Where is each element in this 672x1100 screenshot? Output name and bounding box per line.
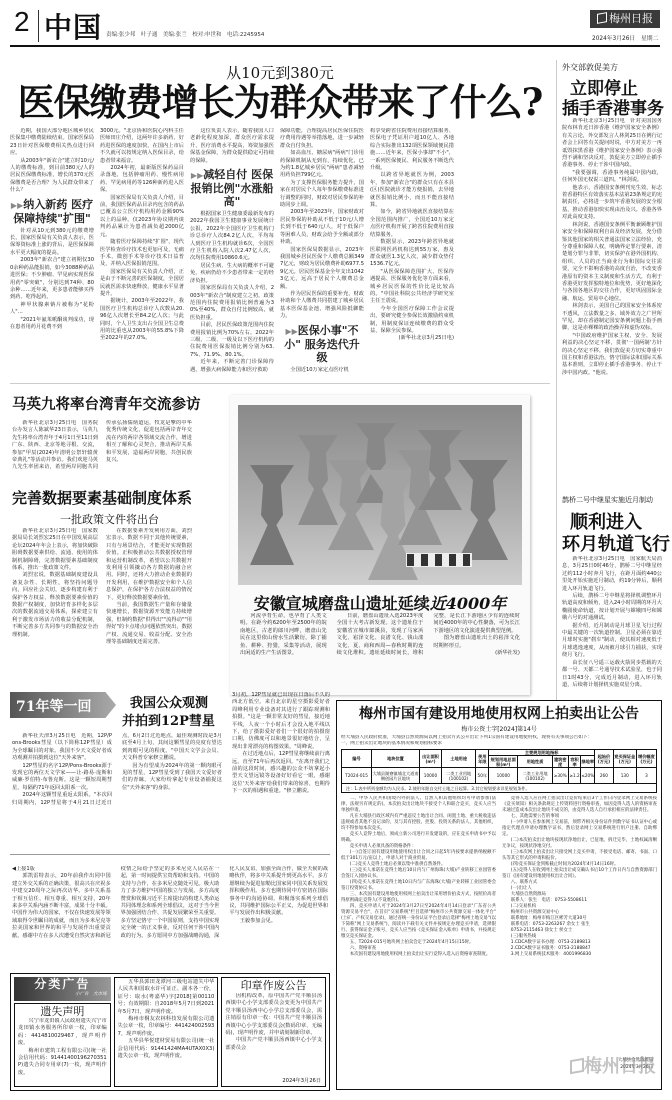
th-use: 土地用途	[441, 750, 475, 768]
lead-column-4: 保障功能，合理提高居民医保住院医疗费用待遇等举措落地，进一步减轻群众自付负担。 …	[280, 128, 364, 378]
lead-column-2: 3000元。"北京协和医院心内科主任医师田庄介绍，这两年许多新药、好药进医保的速…	[100, 128, 184, 378]
paragraph: 兴宁市龙田镇人民政府遗失兴宁市龙田镇水务服务所印章一枚，印章编码：4414810…	[18, 1018, 107, 1048]
paragraph: 图为磨盘山遗址出土的崧泽文化时期杯形豆。	[433, 635, 520, 650]
th-plan-area: 规划用地总面积(m²)	[489, 756, 518, 768]
paragraph: 从2003年"新农合"建立时10元/人的缴费标准，到目前380元/人的居民医保缴…	[10, 158, 94, 195]
paragraph: 由长征八号遥三运载火箭同步搭载的天都一号、天都二号通导技术试验星，也于同日1时4…	[562, 660, 662, 690]
scale-bar	[406, 553, 472, 567]
paragraph: 国家医保局有关负责人介绍，正是由于不断完善的医保制度，全国居民就医需求快速释放，…	[100, 269, 184, 299]
auction-title: 梅州市国有建设用地使用权网上拍卖出让公告	[341, 703, 657, 723]
paragraph: 四、竞买申请人可于2024年3月27日至2024年4月14日登录"广东省公共资源…	[341, 904, 496, 940]
pottery-photo	[238, 405, 522, 585]
paragraph: 以跨省异地就医为例，2003年，参加"新农合"的群众只有在本县(区)医院就诊才能…	[370, 172, 454, 209]
paragraph: (一)申请人在参加网上交易前，须带齐相关身份证件到数字证书认证中心或指定代理点申…	[502, 820, 657, 838]
comet-headline-1: 我国公众观测	[130, 692, 208, 711]
data-body: 新华社北京3月25日电 国家数据局局长刘烈宏25日在中国发展高层论坛2024年年…	[12, 528, 192, 680]
paragraph: 五华县华悦建材贸易有限公司(统一社会信用代码：91441424MA4UTAX0X…	[118, 1038, 215, 1060]
paragraph: 新华社北京3月25日电 国家数据局局长刘烈宏25日在中国发展高层论坛2024年年…	[12, 528, 98, 572]
section-rule	[10, 854, 330, 855]
auction-text-left: 二、中华人民共和国境内外的法人、自然人和其他组织均可申请参加(法律、法规另有规定…	[341, 796, 496, 1072]
paragraph: 3000元。"北京协和医院心内科主任医师田庄介绍，这两年许多新药、好药进医保的速…	[100, 128, 184, 165]
paragraph: 国家医保局有关负责人介绍，2003年"新农合"制度建立之初，政策范围内住院费用报…	[190, 285, 274, 322]
paragraph: 数据显示，2023年跨省异地就医联网医药机构达到55万家，惠及群众就医1.3亿人…	[370, 239, 454, 269]
paragraph: 根据国家卫生健康委最新发布的2022年我国卫生健康事业发展统计公报，2022年全…	[190, 211, 274, 263]
paragraph: 梅州市桐友农林科技发展有限公司遗失公章一枚，印章编号：4414240025937…	[118, 1016, 215, 1038]
paragraph: 新华社北京3月25日电 国务院台办发言人陈斌华23日表示，马英九先生将率台湾青年…	[12, 420, 192, 472]
pottery-vessel	[328, 460, 374, 550]
paragraph: "中国政府维护国家主权、安全、发展利益的决心坚定不移，贯彻'一国两制'方针的决心…	[562, 333, 662, 377]
paragraph: 据介绍，近月制动是月球卫星飞行过程中最关键的一次轨道控制。卫星必须在靠近月球时实…	[562, 623, 662, 660]
paragraph: 近期，我国大部分地区城乡居民医保集中缴费陆续结束。国家医保局23日针对医保缴费相…	[10, 128, 94, 158]
th-nature: 用地性质	[518, 756, 552, 768]
comet-headline-2: 并拍到12P彗星	[122, 710, 215, 729]
paragraph: 12P彗星的名字12P/Pons-Brooks源于发现它的两位天文学家——让-路…	[12, 763, 112, 793]
comet-badge: 71年等一回	[10, 692, 116, 718]
classified-col-3: 印章作废公告 因机构改革，原中国共产党丰顺县汤西镇中心小学支部委员会变更为中国共…	[221, 977, 326, 1087]
paragraph: 为了支撑医保服务能力提升，国家在对居民个人每年参保缴费标准进行调整的同时，财政对…	[280, 180, 364, 210]
subhead-new-drugs: ▶▶纳入新药 医疗保障持续"扩围"	[10, 198, 94, 225]
paragraph: (五)竞得人在收到网上拍卖出让成交确认书后10个工作日内与自然资源部门签订《国有…	[502, 868, 657, 880]
paragraph: 中国共产党丰顺县汤西镇中心小学支部委员会	[225, 1037, 322, 1052]
paragraph: 3.网上交易系统技术服务：4001996830	[502, 952, 657, 958]
paragraph: 因机构改革，原中国共产党丰顺县汤西镇中心小学支部委员会变更为中国共产党丰顺县汤西…	[225, 993, 322, 1037]
paragraph: 如高血压、糖尿病"两病"门诊用药保障机制从无到有，持续优化，已为约1.8亿城乡居…	[280, 150, 364, 180]
paragraph: 据统计，2003年至2022年，我国医疗卫生机构总诊疗人次数从20.96亿人次增…	[100, 298, 184, 342]
paragraph: 构享受跨省住院费用直接结算服务、医保电子凭证用户超10亿人、各地综合实际推出13…	[370, 128, 454, 172]
section-rule	[10, 383, 550, 384]
cell: ≤20%	[581, 768, 595, 784]
pottery-vessel	[298, 435, 338, 525]
pottery-vessel	[458, 460, 508, 560]
seal-notice-text: 因机构改革，原中国共产党丰顺县汤西镇中心小学支部委员会变更为中国共产党丰顺县汤西…	[225, 993, 322, 1073]
paragraph: 在过近地点后，12P彗星将继续前行离远，直至71年后再次返回。"在离开我们之前的…	[232, 751, 330, 795]
paragraph: (三)竞买人承诺在竞得土地后10日内与广州海珠(大埔)产业转移工业园管委会签订入…	[341, 868, 496, 880]
paragraph: 居民生病、生大病的概率不可避免，疾病仍给不少患者带来一定的经济负担。	[190, 263, 274, 285]
paragraph: 这位负责人表示，随着我国人口老龄化程度加深，群众医疗需求提升、医疗消费水平提高，…	[190, 128, 274, 165]
paragraph: 今年全国医疗保障工作会议提出，要研究健全参保长效激励约束机制，用制度保证连续缴费…	[370, 306, 454, 336]
paragraph: "2021年氟苯哌酮谈判成功，现在患者用药月花费不到	[10, 317, 94, 332]
paragraph: 他表示，香港国安条例刊宪生效，标志着香港特区有效落实基本法第23条规定的宪制责任…	[562, 185, 662, 222]
table-note: 注：1.表中所列金额均为人民币。2.使用年限自交付土地之日起算。3.其它规划要求…	[342, 784, 657, 793]
paragraph: 竞得人选人应在网上拍卖出让竞价结束后3个工作日内登录网上交易系统按《竞买须知》相…	[502, 796, 657, 814]
table-row: T2024-015 大埔县湖寮镇埔北大道南侧创园片区地块 10000 二类工业用…	[342, 768, 657, 784]
cell: 二类工业用地(100102)	[441, 768, 475, 784]
paragraph: 本次国有建设用地使用权网上拍卖出让实行竞得入选入后资格审查制度。	[341, 952, 496, 958]
editor-credits: 责编:张少邦 叶子通 美编:张兰 校对:申世和 电话:2245954	[106, 30, 264, 38]
seal-notice-date: 2024年3月26日	[282, 1077, 321, 1084]
paper-watermark: 梅州日报	[570, 1052, 656, 1078]
paragraph: 目前，居民医保政策范围内住院费用报销比例为70%左右。2022年三级、二级、一级…	[190, 322, 274, 359]
classified-col-2: 五华县郭田龙潭河三级电站遗失中华人民共和国取水许可证正、副本各一份，证号：取水(…	[114, 977, 219, 1087]
cell: 260	[595, 768, 613, 784]
paragraph: 凡在大埔县行政区域内有严重违反土地出让合同、闲置土地、重大税收违法违规或者其他不…	[341, 814, 496, 832]
seal-notice-title: 印章作废公告	[225, 979, 322, 993]
paragraph: 五华县郭田龙潭河三级电站遗失中华人民共和国取水许可证正、副本各一份，证号：取水(…	[118, 979, 215, 1016]
th-green: 绿地率	[581, 756, 595, 768]
photo-caption-title: 安徽宣城磨盘山遗址延续近4000年	[230, 591, 530, 614]
paragraph: 当前，我国数据生产量和存储量快速增长，数据资源开发能力持续增强，但制约数据"供得…	[106, 602, 192, 646]
th-increment: 增价幅度(万元)	[636, 750, 656, 768]
queqiao-body: 新华社北京3月25日电 国家航天局消息，3月25日0时46分，鹊桥二号中继星经过…	[562, 556, 662, 696]
auction-doc-no: 梅市公资土字[2024]第14号	[341, 724, 657, 733]
cell: 大埔县湖寮镇埔北大道南侧创园片区地块	[372, 768, 420, 784]
paragraph: 林剑说，香港国安条例平衡兼顾维护国家安全和保障权利自由及经济发展，充分借鉴其他国…	[562, 222, 662, 303]
data-subhead: 一批政策文件将出台	[60, 511, 159, 527]
issue-date: 2024年3月26日 星期二	[592, 33, 658, 42]
cell: 130	[613, 768, 636, 784]
paragraph: 保障功能，合理提高居民医保住院医疗费用待遇等举措落地，进一步减轻群众自付负担。	[280, 128, 364, 150]
th-location: 地块位置	[372, 750, 420, 768]
hk-headline-2: 插手香港事务	[562, 94, 664, 119]
photo-feature-box: 安徽宣城磨盘山遗址延续近4000年 河流孕育生命，也孕育了人类文明。在距今约62…	[230, 395, 530, 695]
paragraph: "我要强调，香港事务纯属中国内政，任何外国无权说三道四。"林剑说。	[562, 170, 662, 185]
arrow-icon: ▶▶	[11, 200, 23, 210]
paragraph: 3月初，12P彗星就已出现在日落后不久的西北方低空。来自北京的星空摄影爱好者周峰…	[232, 692, 330, 751]
paragraph: 河流孕育生命，也孕育了人类文明。在距今约6200年至2500年的皖南地区，古老的…	[240, 613, 327, 657]
lead-column-3: 这位负责人表示，随着我国人口老龄化程度加深，群众医疗需求提升、医疗消费水平提高，…	[190, 128, 274, 378]
cell: 50年	[476, 768, 489, 784]
th-area: 出让面积(m²)	[420, 750, 442, 768]
ma-headline: 马英九将率台湾青年交流参访	[12, 393, 201, 414]
right-column-divider	[556, 60, 557, 700]
th-id: 编号	[342, 750, 372, 768]
photo-caption-text: 河流孕育生命，也孕育了人类文明。在距今约6200年至2500年的皖南地区，古老的…	[240, 613, 520, 673]
paragraph: 如今，跨省异地就医直接结算在全国范围内推广，全国近10万家定点医疗机构开展了跨省…	[370, 209, 454, 239]
cell: ≥30%	[552, 768, 568, 784]
banner-subtitle: 小广告 大市场	[14, 991, 111, 997]
page-number: 2	[14, 6, 30, 38]
paragraph: (二)本次拍卖出让地块按现状净地出让，已征地、拆迁完毕，土地权属清晰无争议，按现…	[502, 838, 657, 850]
masthead: 2 中国 责编:张少邦 叶子通 美编:张兰 校对:申世和 电话:2245954 …	[10, 0, 662, 48]
paragraph: 新华社北京3月25日电 国家航天局消息，3月25日0时46分，鹊桥二号中继星经过…	[562, 556, 662, 593]
paragraph: 2003年"新农合"建立初期仅300余种药品能报销，如今3088种药品进医保；不…	[10, 257, 94, 301]
lost-notice-title: 遗失声明	[18, 1005, 107, 1018]
paragraph: 神甲状腺素钠片被称为"花粉人"…	[10, 302, 94, 317]
paper-logo: 梅州日报	[590, 10, 660, 28]
paragraph: "从医保保障范围扩大、医保待遇提高、医保服务优化等方面来看，城乡居民医保的性价比…	[370, 269, 454, 306]
lead-column-1: 近期，我国大部分地区城乡居民医保集中缴费陆续结束。国家医保局23日针对医保缴费相…	[10, 128, 94, 378]
th-far: 容积率	[568, 756, 581, 768]
cell: T2024-015	[342, 768, 372, 784]
auction-notice: 梅州市国有建设用地使用权网上拍卖出让公告 梅市公资土字[2024]第14号 经大…	[336, 700, 662, 1090]
th-deposit: 竞买保证金(万元)	[613, 750, 636, 768]
continued-story: ◀上接1版 郭凯雷特表示，20年前我作出同中国建立外交关系的正确决策，很高兴在庆…	[12, 866, 328, 962]
cell: 10000	[489, 768, 518, 784]
th-density: 建筑密度	[552, 756, 568, 768]
subhead-self-pay: ▶▶减轻自付 医保报销比例"水涨船高"	[190, 168, 274, 208]
pottery-vessel	[250, 465, 294, 565]
th-years: 使用年限	[476, 750, 489, 768]
masthead-divider	[38, 10, 39, 42]
masthead-rule	[10, 45, 660, 47]
lead-column-5: 构享受跨省住院费用直接结算服务、医保电子凭证用户超10亿人、各地综合实际推出13…	[370, 128, 454, 378]
paragraph: 新华社北京3月25日电 针对美国国务院布林肯近日涉香港《维护国家安全条例》有关言…	[562, 118, 662, 170]
photo-credit: (新华社发)	[433, 650, 520, 657]
paragraph: 在数据要素开发利用方面，刘烈宏表示，数据不同于其他传统要素，只有与场景结合，才能…	[106, 528, 192, 602]
paragraph: 梅州市建筑工程有限公司(统一社会信用代码：91441400196270351P)…	[18, 1048, 107, 1078]
classified-ads: 分类广告 小广告 大市场 遗失声明 兴宁市龙田镇人民政府遗失兴宁市龙田镇水务服务…	[10, 973, 330, 1091]
paragraph: 近年来，不断完善门诊保障待遇，增强大病保障能力和医疗救助	[190, 359, 274, 374]
classified-col-1: 分类广告 小广告 大市场 遗失声明 兴宁市龙田镇人民政府遗失兴宁市龙田镇水务服务…	[14, 977, 111, 1087]
lead-headline: 医保缴费增长为群众带来了什么?	[10, 82, 550, 122]
paragraph: 针对从10元到380元的缴费增长，国家医保局有关负责人表示，医保筹资标准上涨的背…	[10, 228, 94, 258]
comet-badge-text: 71年等一回	[16, 696, 91, 716]
paragraph: 郭凯雷特表示，20年前我作出同中国建立外交关系的正确决策，很高兴在庆祝多中建交2…	[12, 866, 328, 940]
classified-banner: 分类广告 小广告 大市场	[14, 977, 111, 1001]
cell: ≥1.2	[568, 768, 581, 784]
comet-body-a: 新华社天津3月25日电 近期，12P/Pons-Brooks彗星（以下简称12P…	[12, 733, 222, 843]
paragraph: 新华社天津3月25日电 近期，12P/Pons-Brooks彗星（以下简称12P…	[12, 733, 112, 763]
paragraph: 因为有望成为2024年的第一颗肉眼可见的彗星，12P彗星受到了我国天文爱好者们的…	[122, 763, 222, 793]
paragraph: 国家医保局有关负责人介绍，目前，我国医保药品目录内包含的药品已覆盖公立医疗机构用…	[100, 195, 184, 239]
book-icon	[570, 1058, 584, 1074]
paragraph: (三)本次网上拍卖出让只接受网上竞买申请，不接受电话、邮寄、书面、口头等其它形式…	[502, 850, 657, 862]
paragraph: 全国近10万家定点医疗机	[280, 367, 364, 374]
paragraph: 二、中华人民共和国境内外的法人、自然人和其他组织均可申请参加(法律、法规另有规定…	[341, 796, 496, 814]
cell: 3	[636, 768, 656, 784]
paragraph: 王毅参加会见。	[229, 918, 328, 925]
data-headline: 完善数据要素基础制度体系	[12, 487, 192, 508]
auction-land-table: 编号 地块位置 出让面积(m²) 土地用途 使用年限 主要规划用地指标 起始价(…	[341, 749, 657, 793]
banner-title: 分类广告	[14, 977, 111, 991]
queqiao-kicker: 鹊桥二号中继星实施近月制动	[562, 495, 653, 505]
auction-text-right: 竞得人选人应在网上拍卖出让竞价结束后3个工作日内登录网上交易系统按《竞买须知》相…	[502, 796, 657, 1072]
paragraph: 2024年初，最新版医保药品目录落地，包括肿瘤用药、慢性病用药、罕见病用药等12…	[100, 165, 184, 195]
arrow-icon: ▶▶	[285, 326, 297, 336]
paragraph: 三、本次国有建设用地使用权网上拍卖出让采用增价拍卖方式，按照价高者得原则确定竞得…	[341, 892, 496, 904]
lost-notice-box: 遗失声明 兴宁市龙田镇人民政府遗失兴宁市龙田镇水务服务所印章一枚，印章编码：44…	[14, 1003, 111, 1087]
lost-notice-text: 兴宁市龙田镇人民政府遗失兴宁市龙田镇水务服务所印章一枚，印章编码：4414810…	[18, 1018, 107, 1082]
arrow-icon: ▶▶	[191, 170, 203, 180]
hk-body: 新华社北京3月25日电 针对美国国务院布林肯近日涉香港《维护国家安全条例》有关言…	[562, 118, 662, 488]
queqiao-headline-2: 环月轨道飞行	[562, 530, 670, 556]
th-start-price: 起始价(万元)	[595, 750, 613, 768]
paragraph: 竞买人竞得土地后，须成立新公司进行开发建设的，应在竞买申请书中予以明确。	[341, 832, 496, 844]
paragraph: (一)自签订国有建设用地使用权出让合同之日起5年内按要求提供纳税额不低于301万…	[341, 850, 496, 862]
paragraph: 林剑表示，美国自己的国家安全体系密不透风，立法数量之多、域外效力之广世所罕见，却…	[562, 303, 662, 333]
book-icon	[597, 12, 607, 24]
subhead-service: ▶▶医保小事"不小" 服务迭代升级	[280, 324, 364, 364]
cell: 二类工业用地(100102)	[518, 768, 552, 784]
paragraph: 2003年至2023年，国家财政对居民参保的补助从不低于10元/人增长到不低于6…	[280, 209, 364, 246]
paragraph: 作为居民医保的重要补充，财政补助和个人缴费共同搭建了城乡居民基本医保基金池，增强…	[280, 291, 364, 321]
paragraph: 随着医疗保障持续"扩围"，现代医学检查诊疗技术也更加可及，无痛手术、微创手术等诊…	[100, 239, 184, 269]
paragraph: 刘烈宏说，数据基础制度建设具备复杂性、长期性，将坚持问题导向，回应社会关切，逐步…	[12, 572, 98, 639]
paper-name: 梅州日报	[609, 12, 653, 25]
hk-kicker: 外交部敦促美方	[562, 62, 618, 73]
ma-body: 新华社北京3月25日电 国务院台办发言人陈斌华23日表示，马英九先生将率台湾青年…	[12, 420, 192, 475]
paragraph: 后续，鹊桥二号中继星将择机调整环月轨道高度和倾角，进入24小时周期的环月大椭圆使…	[562, 593, 662, 623]
comet-body-b: 3月初，12P彗星就已出现在日落后不久的西北方低空。来自北京的星空摄影爱好者周峰…	[232, 692, 330, 842]
auction-section-1: 一、网上拍卖出让地块的基本情况和规划指标要求	[341, 741, 657, 747]
paragraph: (四)竞买人承诺在竞得土地10日内与广东海珠(大埔)产业转移工业园管委会签订投资…	[341, 880, 496, 892]
section-title: 中国	[44, 6, 102, 46]
dateline: (新华社北京3月25日电)	[370, 335, 454, 342]
cell: 10000	[420, 768, 442, 784]
paragraph: 国家医保局数据显示，2023年我国城乡居民医保个人缴费总额3497亿元，财政为居…	[280, 247, 364, 291]
